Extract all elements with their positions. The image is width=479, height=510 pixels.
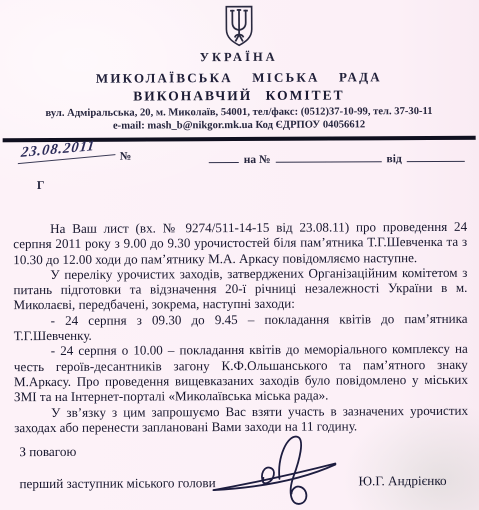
na-number-label: на № (244, 154, 271, 166)
blank-line-number (209, 150, 239, 163)
paragraph-3-list-item: - 24 серпня з 09.30 до 9.45 – покладання… (14, 311, 468, 344)
signer-name: Ю.Г. Андрієнко (358, 473, 446, 489)
paragraph-4-list-item: - 24 серпня о 10.00 – покладання квітів … (14, 341, 468, 405)
letterhead-address-line1: вул. Адміральська, 20, м. Миколаїв, 5400… (0, 106, 479, 120)
reference-row: 23.08.2011 № на № від (16, 145, 467, 169)
letterhead-address-line2: e-mail: mash_b@nikgor.mk.ua Код ЄДРПОУ 0… (0, 119, 479, 133)
paragraph-1: На Ваш лист (вх. № 9274/511-14-15 від 23… (13, 219, 467, 267)
ukraine-trident-coat-of-arms-icon (222, 5, 254, 47)
blank-line-incoming-number (275, 149, 381, 163)
letter-body: На Ваш лист (вх. № 9274/511-14-15 від 23… (13, 219, 468, 436)
page-content: УКРАЇНА МИКОЛАЇВСЬКА МІСЬКА РАДА ВИКОНАВ… (0, 0, 479, 510)
blank-line-date (407, 149, 465, 162)
signer-position: перший заступник міського голови (19, 475, 215, 492)
reference-right-fields: на № від (209, 149, 465, 166)
letterhead-country: УКРАЇНА (0, 49, 478, 67)
scanned-letter-page: УКРАЇНА МИКОЛАЇВСЬКА МІСЬКА РАДА ВИКОНАВ… (0, 0, 479, 510)
letterhead-department: ВИКОНАВЧИЙ КОМІТЕТ (0, 87, 478, 106)
handwritten-signature (209, 426, 343, 510)
number-label: № (120, 151, 132, 163)
closing-regards: З повагою (19, 444, 76, 460)
letterhead-organization: МИКОЛАЇВСЬКА МІСЬКА РАДА (0, 69, 478, 88)
paragraph-2: У переліку урочистих заходів, затверджен… (13, 265, 467, 313)
vid-label: від (387, 153, 402, 165)
addressee-corner-mark: Г (37, 178, 45, 193)
